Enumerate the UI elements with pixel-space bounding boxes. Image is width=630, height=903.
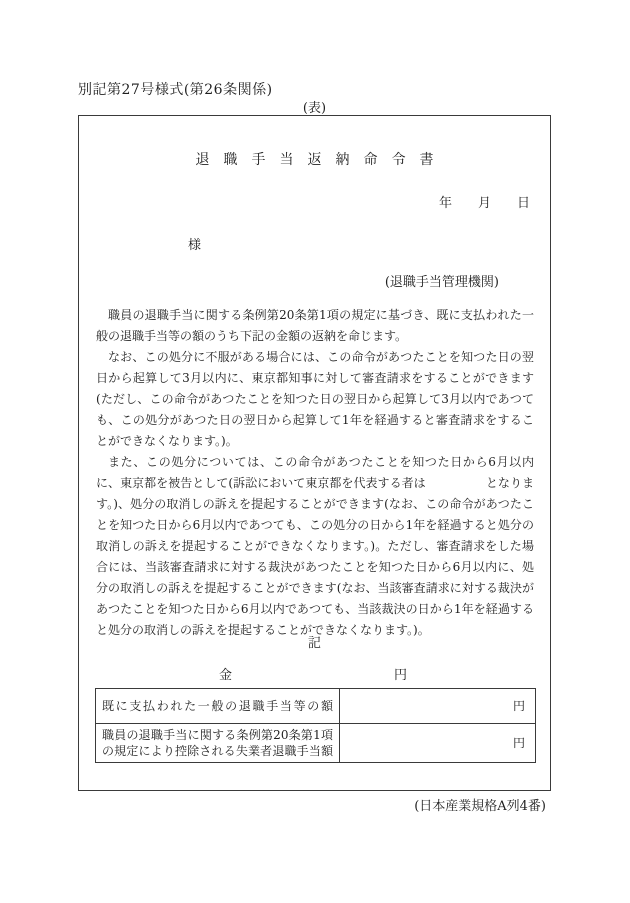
row-value-deducted-allowance: 円 bbox=[340, 724, 536, 763]
addressee-line: 様 bbox=[79, 234, 550, 253]
unit-yen: 円 bbox=[513, 699, 525, 713]
table-row: 職員の退職手当に関する条例第20条第1項の規定により控除される失業者退職手当額 … bbox=[96, 724, 536, 763]
row-value-paid-allowance: 円 bbox=[340, 689, 536, 724]
note-heading: 記 bbox=[79, 632, 550, 651]
row-label-deducted-allowance: 職員の退職手当に関する条例第20条第1項の規定により控除される失業者退職手当額 bbox=[96, 724, 340, 763]
paper-size-note: (日本産業規格A列4番) bbox=[78, 795, 551, 814]
sum-prefix: 金 bbox=[219, 664, 232, 683]
document-page: 別記第27号様式(第26条関係) (表) 退職手当返納命令書 年 月 日 様 (… bbox=[0, 0, 630, 903]
row-label-paid-allowance: 既に支払われた一般の退職手当等の額 bbox=[96, 689, 340, 724]
side-label: (表) bbox=[78, 97, 551, 116]
issuer-line: (退職手当管理機関) bbox=[79, 271, 550, 290]
paragraph-order: 職員の退職手当に関する条例第20条第1項の規定に基づき、既に支払われた一般の退職… bbox=[96, 305, 534, 347]
document-title: 退職手当返納命令書 bbox=[79, 149, 550, 169]
date-line: 年 月 日 bbox=[79, 192, 550, 211]
sum-line: 金 円 bbox=[79, 664, 550, 682]
form-border-box: 退職手当返納命令書 年 月 日 様 (退職手当管理機関) 職員の退職手当に関する… bbox=[78, 115, 551, 791]
table-row: 既に支払われた一般の退職手当等の額 円 bbox=[96, 689, 536, 724]
amount-table: 既に支払われた一般の退職手当等の額 円 職員の退職手当に関する条例第20条第1項… bbox=[95, 688, 536, 763]
body-text: 職員の退職手当に関する条例第20条第1項の規定に基づき、既に支払われた一般の退職… bbox=[79, 305, 550, 641]
form-number: 別記第27号様式(第26条関係) bbox=[78, 79, 273, 99]
unit-yen: 円 bbox=[513, 736, 525, 750]
paragraph-appeal-request: なお、この処分に不服がある場合には、この命令があつたことを知つた日の翌日から起算… bbox=[96, 347, 534, 452]
sum-suffix: 円 bbox=[394, 664, 407, 683]
paragraph-lawsuit: また、この処分については、この命令があつたことを知つた日から6月以内に、東京都を… bbox=[96, 452, 534, 641]
